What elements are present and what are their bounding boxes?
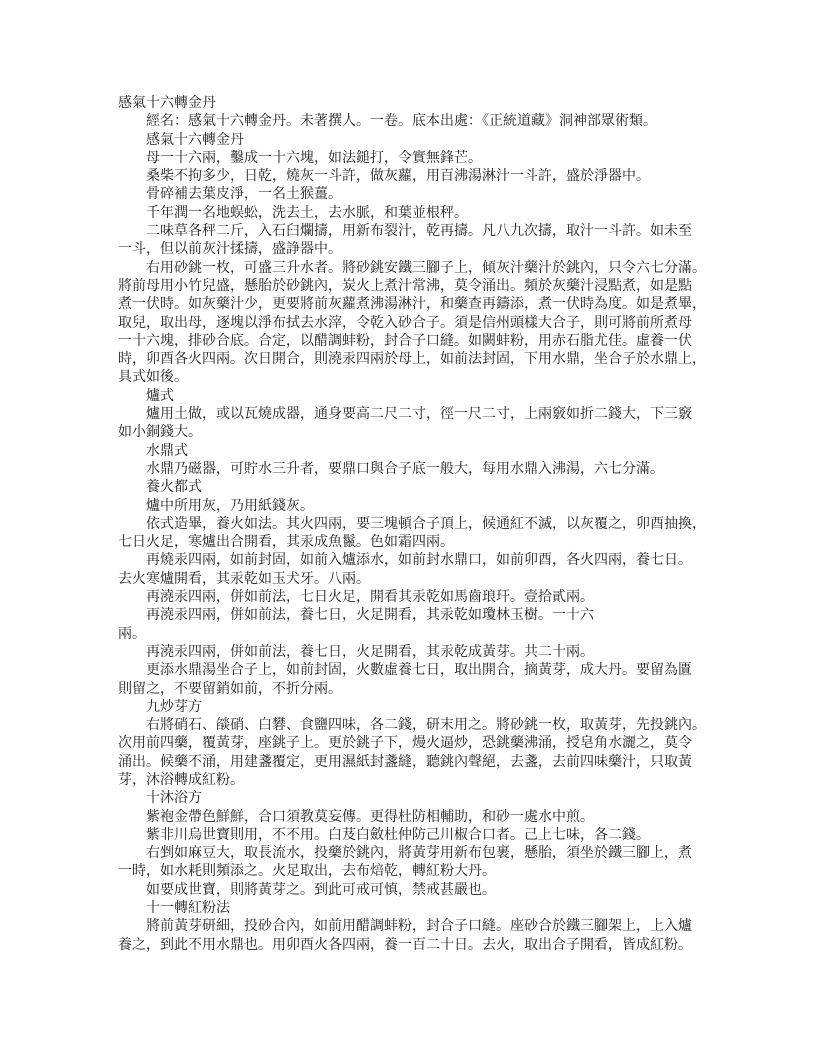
text-line: 千年潤一名地蜈蚣，洗去土，去水脈，和葉並根秤。	[118, 205, 758, 223]
text-line: 水鼎乃磁器，可貯水三升者，要鼎口與合子底一般大，每用水鼎入沸湯，六七分滿。	[118, 461, 758, 479]
text-line: 一時，如水耗則頻添之。火足取出，去布焙乾，轉紅粉大丹。	[118, 863, 758, 881]
text-line: 將前黃芽研細，投砂合內，如前用醋調蚌粉，封合子口縫。座砂合於鐵三腳架上，上入爐	[118, 918, 758, 936]
text-line: 則留之，不要留銷如前，不折分兩。	[118, 681, 758, 699]
text-line: 再燒汞四兩，如前封固，如前入爐添水，如前封水鼎口，如前卯酉，各火四兩，養七日。	[118, 552, 758, 570]
text-line: 一十六塊，排砂合底。合定，以醋調蚌粉，封合子口縫。如闕蚌粉，用赤石脂尤佳。虛養一…	[118, 333, 758, 351]
text-line: 再澆汞四兩，併如前法，養七日，火足開看，其汞乾如瓊林玉樹。一十六	[118, 607, 758, 625]
document-body: 感氣十六轉金丹經名：感氣十六轉金丹。未著撰人。一卷。底本出處：《正統道藏》洞神部…	[118, 95, 758, 955]
text-line: 右將硝石、燄硝、白礬、食鹽四味，各二錢，研末用之。將砂銚一枚，取黃芽，先投銚內。	[118, 717, 758, 735]
text-line: 經名：感氣十六轉金丹。未著撰人。一卷。底本出處：《正統道藏》洞神部眾術類。	[118, 113, 758, 131]
text-line: 取兒，取出母，逐塊以淨布拭去水滓，令乾入砂合子。須是信州頭樣大合子，則可將前所煮…	[118, 315, 758, 333]
text-line: 右用砂銚一枚，可盛三升水者。將砂銚安鐵三腳子上，傾灰汁藥汁於銚內，只令六七分滿。	[118, 260, 758, 278]
text-line: 將前母用小竹兒盛，懸胎於砂銚內，炭火上煮汁常沸，莫令涌出。頻於灰藥汁浸點煮，如是…	[118, 278, 758, 296]
text-line: 十一轉紅粉法	[118, 900, 758, 918]
text-line: 去火寒爐開看，其汞乾如玉犬牙。八兩。	[118, 571, 758, 589]
document-title: 感氣十六轉金丹	[118, 95, 758, 113]
text-line: 母一十六兩，鑿成一十六塊，如法鎚打，令實無鋒芒。	[118, 150, 758, 168]
text-line: 二味草各秤二斤，入石臼爛擣，用新布裂汁，乾再擣。凡八九次擣，取汁一斗許。如未至	[118, 223, 758, 241]
text-line: 爐用土做，或以瓦燒成器，通身要高二尺二寸，徑一尺二寸，上兩竅如折二錢大，下三竅	[118, 406, 758, 424]
text-line: 桑柴不拘多少，日乾，燒灰一斗許，做灰蘿，用百沸湯淋汁一斗許，盛於淨器中。	[118, 168, 758, 186]
text-line: 九炒芽方	[118, 699, 758, 717]
text-line: 七日火足，寒爐出合開看，其汞成魚鬣。色如霜四兩。	[118, 534, 758, 552]
text-line: 再澆汞四兩，併如前法，七日火足，開看其汞乾如馬齒琅玕。壹拾貳兩。	[118, 589, 758, 607]
text-line: 如小銅錢大。	[118, 424, 758, 442]
text-line: 水鼎式	[118, 443, 758, 461]
text-line: 感氣十六轉金丹	[118, 132, 758, 150]
text-line: 紫袍金帶色鮮鮮，合口須教莫妄傳。更得杜防相輔助，和砂一處水中煎。	[118, 809, 758, 827]
text-line: 如要成世寶，則將黃芽之。到此可戒可慎，禁戒甚嚴也。	[118, 882, 758, 900]
text-line: 再澆汞四兩，併如前法，養七日，火足開看，其汞乾成黃芽。共二十兩。	[118, 644, 758, 662]
text-line: 骨碎補去葉皮淨，一名土猴薑。	[118, 186, 758, 204]
document-page: 感氣十六轉金丹經名：感氣十六轉金丹。未著撰人。一卷。底本出處：《正統道藏》洞神部…	[0, 0, 816, 1056]
text-line: 次用前四藥，覆黃芽，座銚子上。更於銚子下，熳火逼炒，恐銚藥沸涌，授皂角水灑之，莫…	[118, 735, 758, 753]
text-line: 十沐浴方	[118, 790, 758, 808]
text-line: 煮一伏時。如灰藥汁少，更要將前灰蘿煮沸湯淋汁，和藥查再鑄添，煮一伏時為度。如是煮…	[118, 296, 758, 314]
text-line: 芽，沐浴轉成紅粉。	[118, 772, 758, 790]
text-line: 更添水鼎湯坐合子上，如前封固，火數虛養七日，取出開合，摘黃芽，成大丹。要留為匱	[118, 662, 758, 680]
text-line: 爐中所用灰，乃用紙錢灰。	[118, 498, 758, 516]
text-line: 涌出。候藥不涌，用建盞覆定，更用濕紙封盞縫，聽銚內聲絕，去盞，去前四味藥汁，只取…	[118, 754, 758, 772]
text-line: 具式如後。	[118, 369, 758, 387]
text-line: 一斗，但以前灰汁揉擣，盛諍器中。	[118, 241, 758, 259]
text-line: 爐式	[118, 388, 758, 406]
text-line: 兩。	[118, 626, 758, 644]
text-line: 依式造畢，養火如法。其火四兩，要三塊頓合子頂上，候通紅不滅，以灰覆之，卯酉抽換，	[118, 516, 758, 534]
text-line: 養火都式	[118, 479, 758, 497]
text-line: 時，卯酉各火四兩。次日開合，則澆汞四兩於母上，如前法封固，下用水鼎，坐合子於水鼎…	[118, 351, 758, 369]
text-line: 養之，到此不用水鼎也。用卯酉火各四兩，養一百二十日。去火，取出合子開看，皆成紅粉…	[118, 937, 758, 955]
text-line: 右剉如麻豆大，取長流水，投藥於銚內，將黃芽用新布包裹，懸胎，須坐於鐵三腳上，煮	[118, 845, 758, 863]
text-line: 紫非川烏世寶則用，不不用。白芨白斂杜仲防己川椒合口者。己上七味，各二錢。	[118, 827, 758, 845]
